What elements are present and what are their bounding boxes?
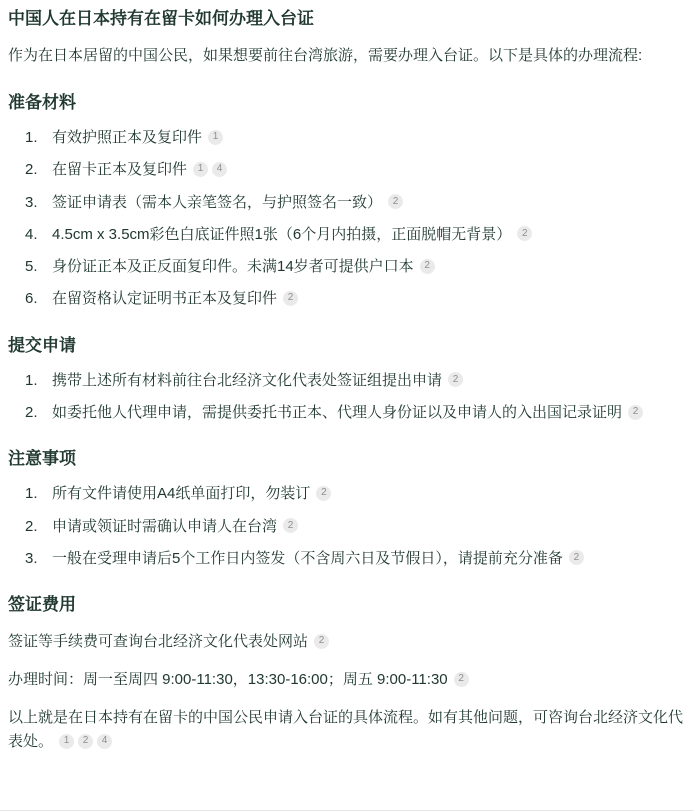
citation-badge[interactable]: 2 xyxy=(454,672,469,687)
section-notes: 注意事项 1. 所有文件请使用A4纸单面打印，勿装订2 2. 申请或领证时需确认… xyxy=(8,448,683,570)
section-materials: 准备材料 1. 有效护照正本及复印件1 2. 在留卡正本及复印件14 3. 签证… xyxy=(8,92,683,311)
section-fees: 签证费用 签证等手续费可查询台北经济文化代表处网站2 办理时间：周一至周四 9:… xyxy=(8,594,683,754)
list-item: 1. 所有文件请使用A4纸单面打印，勿装订2 xyxy=(8,482,683,505)
section-submit: 提交申请 1. 携带上述所有材料前往台北经济文化代表处签证组提出申请2 2. 如… xyxy=(8,335,683,425)
list-item-text: 有效护照正本及复印件 xyxy=(52,129,202,146)
list-item-text: 所有文件请使用A4纸单面打印，勿装订 xyxy=(52,485,310,502)
list-item-number: 3. xyxy=(25,547,52,570)
page-title: 中国人在日本持有在留卡如何办理入台证 xyxy=(8,8,683,30)
list-item-number: 1. xyxy=(25,369,52,392)
paragraph-text: 办理时间：周一至周四 9:00-11:30，13:30-16:00；周五 9:0… xyxy=(8,671,448,688)
citation-badge[interactable]: 2 xyxy=(316,486,331,501)
list-item: 3. 签证申请表（需本人亲笔签名，与护照签名一致）2 xyxy=(8,191,683,214)
list-item-number: 4. xyxy=(25,223,52,246)
list-item-number: 2. xyxy=(25,158,52,181)
citation-badge[interactable]: 4 xyxy=(212,162,227,177)
list-item-number: 1. xyxy=(25,126,52,149)
citation-badge[interactable]: 2 xyxy=(78,734,93,749)
list-item-text: 申请或领证时需确认申请人在台湾 xyxy=(52,518,277,535)
citation-badge[interactable]: 2 xyxy=(388,194,403,209)
list-item-text: 如委托他人代理申请，需提供委托书正本、代理人身份证以及申请人的入出国记录证明 xyxy=(52,404,622,421)
submit-list: 1. 携带上述所有材料前往台北经济文化代表处签证组提出申请2 2. 如委托他人代… xyxy=(8,369,683,425)
list-item: 5. 身份证正本及正反面复印件。未满14岁者可提供户口本2 xyxy=(8,255,683,278)
list-item-text: 在留资格认定证明书正本及复印件 xyxy=(52,290,277,307)
paragraph-text: 签证等手续费可查询台北经济文化代表处网站 xyxy=(8,633,308,650)
citation-badge[interactable]: 4 xyxy=(97,734,112,749)
section-heading-materials: 准备材料 xyxy=(8,92,683,114)
citation-badge[interactable]: 2 xyxy=(283,518,298,533)
notes-list: 1. 所有文件请使用A4纸单面打印，勿装订2 2. 申请或领证时需确认申请人在台… xyxy=(8,482,683,570)
citation-badge[interactable]: 2 xyxy=(314,634,329,649)
section-heading-submit: 提交申请 xyxy=(8,335,683,357)
list-item-number: 1. xyxy=(25,482,52,505)
list-item: 6. 在留资格认定证明书正本及复印件2 xyxy=(8,287,683,310)
list-item: 2. 在留卡正本及复印件14 xyxy=(8,158,683,181)
list-item-text: 携带上述所有材料前往台北经济文化代表处签证组提出申请 xyxy=(52,372,442,389)
citation-badge[interactable]: 1 xyxy=(208,130,223,145)
citation-badge[interactable]: 1 xyxy=(193,162,208,177)
intro-paragraph: 作为在日本居留的中国公民，如果想要前往台湾旅游，需要办理入台证。以下是具体的办理… xyxy=(8,44,683,68)
list-item-text: 一般在受理申请后5个工作日内签发（不含周六日及节假日），请提前充分准备 xyxy=(52,550,563,567)
list-item-number: 2. xyxy=(25,401,52,424)
citation-badge[interactable]: 1 xyxy=(59,734,74,749)
list-item-number: 6. xyxy=(25,287,52,310)
hours-paragraph: 办理时间：周一至周四 9:00-11:30，13:30-16:00；周五 9:0… xyxy=(8,668,683,692)
list-item: 2. 申请或领证时需确认申请人在台湾2 xyxy=(8,515,683,538)
list-item-text: 身份证正本及正反面复印件。未满14岁者可提供户口本 xyxy=(52,258,414,275)
fees-paragraph: 签证等手续费可查询台北经济文化代表处网站2 xyxy=(8,630,683,654)
list-item-number: 5. xyxy=(25,255,52,278)
citation-badge[interactable]: 2 xyxy=(517,226,532,241)
list-item-text: 签证申请表（需本人亲笔签名，与护照签名一致） xyxy=(52,194,382,211)
citation-badge[interactable]: 2 xyxy=(569,550,584,565)
closing-paragraph: 以上就是在日本持有在留卡的中国公民申请入台证的具体流程。如有其他问题，可咨询台北… xyxy=(8,706,683,754)
answer-content: 中国人在日本持有在留卡如何办理入台证 作为在日本居留的中国公民，如果想要前往台湾… xyxy=(0,0,693,811)
citation-badge[interactable]: 2 xyxy=(420,259,435,274)
list-item-text: 在留卡正本及复印件 xyxy=(52,161,187,178)
citation-badge[interactable]: 2 xyxy=(448,372,463,387)
list-item: 4. 4.5cm x 3.5cm彩色白底证件照1张（6个月内拍摄，正面脱帽无背景… xyxy=(8,223,683,246)
list-item: 3. 一般在受理申请后5个工作日内签发（不含周六日及节假日），请提前充分准备2 xyxy=(8,547,683,570)
section-heading-fees: 签证费用 xyxy=(8,594,683,616)
list-item: 2. 如委托他人代理申请，需提供委托书正本、代理人身份证以及申请人的入出国记录证… xyxy=(8,401,683,424)
list-item: 1. 有效护照正本及复印件1 xyxy=(8,126,683,149)
list-item: 1. 携带上述所有材料前往台北经济文化代表处签证组提出申请2 xyxy=(8,369,683,392)
citation-badge[interactable]: 2 xyxy=(628,405,643,420)
list-item-number: 3. xyxy=(25,191,52,214)
citation-badge[interactable]: 2 xyxy=(283,291,298,306)
list-item-text: 4.5cm x 3.5cm彩色白底证件照1张（6个月内拍摄，正面脱帽无背景） xyxy=(52,226,511,243)
materials-list: 1. 有效护照正本及复印件1 2. 在留卡正本及复印件14 3. 签证申请表（需… xyxy=(8,126,683,311)
section-heading-notes: 注意事项 xyxy=(8,448,683,470)
list-item-number: 2. xyxy=(25,515,52,538)
